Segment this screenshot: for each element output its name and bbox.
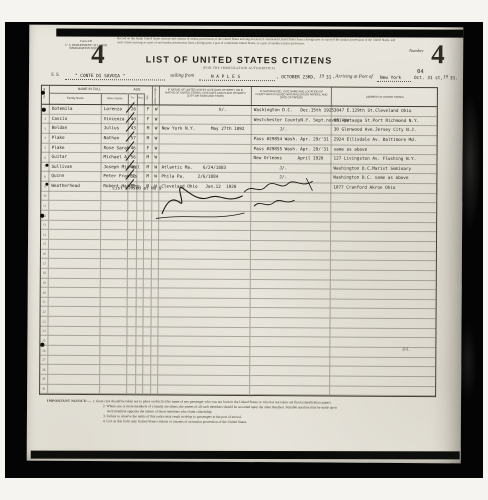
margin-dot: [42, 108, 46, 112]
marital-cell: [152, 221, 159, 230]
family-name-cell: [48, 375, 100, 384]
given-name-cell: [100, 346, 127, 355]
col-header-address: ADDRESS IN UNITED STATES: [332, 88, 438, 108]
ss-label: S. S.: [51, 73, 60, 78]
marital-cell: [152, 279, 159, 288]
arrival-year: 31.: [450, 76, 458, 81]
sex-cell: [143, 356, 151, 365]
sex-cell: [144, 192, 152, 201]
address-cell: [331, 251, 437, 260]
age-yrs-cell: [127, 317, 136, 326]
age-mos-cell: [137, 240, 144, 249]
sex-cell: [143, 317, 151, 326]
birth-cell: V/.: [160, 105, 252, 115]
given-name-cell: [100, 317, 127, 326]
sex-cell: M: [144, 154, 152, 163]
marital-cell: [151, 327, 158, 336]
sex-cell: [144, 211, 152, 220]
given-name-cell: [101, 240, 128, 249]
given-name-cell: [100, 385, 127, 394]
family-name-cell: [48, 327, 100, 336]
marital-cell: [152, 240, 159, 249]
family-name-cell: [49, 240, 101, 249]
address-cell: [331, 309, 437, 318]
marital-cell: [152, 211, 159, 220]
sex-cell: [143, 385, 151, 394]
marital-cell: [152, 260, 159, 269]
address-cell: same as above: [332, 145, 438, 155]
given-name-label: Given Name: [102, 94, 129, 105]
address-cell: Washington D.C.Marist Seminary: [331, 164, 437, 174]
age-mos-cell: [137, 260, 144, 269]
row-number: 30: [40, 384, 48, 393]
marital-cell: W: [153, 134, 160, 143]
birth-cell: [158, 318, 250, 327]
age-mos-cell: [138, 125, 145, 134]
arrival-date: Oct. 31 st,: [414, 76, 443, 81]
passenger-table: No. on list NAME IN FULL Family Name Giv…: [39, 85, 438, 398]
given-name-cell: [100, 327, 127, 336]
address-cell: [330, 367, 436, 376]
row-number: 5: [42, 143, 50, 152]
marital-cell: [152, 308, 159, 317]
sex-cell: M: [144, 163, 152, 172]
address-cell: [330, 386, 436, 395]
family-name-cell: Sullivan: [49, 163, 101, 173]
marital-cell: [152, 231, 159, 240]
col-header-no: No. on list: [42, 86, 50, 105]
year-printed-2: 19: [443, 75, 448, 80]
family-name-cell: Plake: [50, 143, 102, 153]
naturalization-cell: Westchester CountyN.Y. Sept.novem Apr: [252, 116, 332, 126]
naturalization-cell: [251, 299, 331, 308]
col-header-birth: IF NATIVE OF UNITED STATES GIVE DATE OF …: [160, 86, 252, 106]
birth-cell: [159, 308, 251, 317]
family-name-cell: [49, 298, 101, 307]
birth-cell: Phila Pa. 2/6/1884: [159, 173, 251, 183]
birth-cell: [158, 337, 250, 346]
marital-cell: W: [152, 163, 159, 172]
marital-cell: W: [153, 144, 160, 153]
row-number: 4: [42, 134, 50, 143]
row-number: 8: [41, 172, 49, 181]
family-name-cell: [49, 192, 101, 201]
age-yrs-cell: [128, 250, 137, 259]
birth-cell: [159, 221, 251, 230]
row-number: 26: [40, 346, 48, 355]
col-header-naturalized: IF NATURALIZED, GIVE NAME AND LOCATION O…: [252, 87, 332, 106]
address-header-text: ADDRESS IN UNITED STATES: [332, 96, 438, 100]
faint-pencil-mark: 04.: [402, 347, 411, 353]
given-name-cell: [101, 211, 128, 220]
age-yrs-cell: [128, 279, 137, 288]
row-number: 27: [40, 355, 48, 364]
age-mos-cell: [137, 298, 144, 307]
given-name-cell: Joseph Michael: [101, 163, 128, 173]
age-yrs-cell: [128, 269, 137, 278]
marital-cell: [151, 375, 158, 384]
margin-dot: [40, 214, 44, 218]
age-yrs-cell: 46: [129, 144, 138, 153]
family-name-cell: [49, 201, 101, 210]
marital-cell: [152, 298, 159, 307]
page-subtitle: (FOR THE IMMIGRATION AUTHORITIES): [119, 65, 359, 70]
naturalization-cell: [251, 289, 331, 298]
age-mos-cell: [138, 115, 145, 124]
family-name-cell: Beldan: [50, 124, 102, 134]
marital-cell: W: [152, 154, 159, 163]
address-cell: [331, 193, 437, 202]
sex-cell: F: [145, 105, 153, 114]
row-number: 13: [41, 220, 49, 229]
naturalization-cell: Washington D.C. Dec.15th 1925: [252, 106, 332, 116]
age-yrs-cell: 43: [129, 125, 138, 134]
naturalization-cell: [250, 366, 330, 375]
col-header-name: NAME IN FULL Family Name Given Name: [50, 86, 129, 105]
ship-name: " CONTE DI SAVOIA ": [75, 74, 125, 79]
age-yrs-cell: 52: [128, 173, 137, 182]
number-label: Number: [409, 48, 424, 53]
given-name-cell: Michael A.: [101, 153, 128, 163]
scan-smudge: [459, 322, 477, 402]
arriving-label: , Arriving at Port of: [333, 75, 373, 80]
address-cell: Washington D.C. same as above: [331, 174, 437, 184]
marital-cell: [152, 202, 159, 211]
address-cell: 1077 Cranford Akron Ohio: [331, 184, 437, 194]
sex-cell: [144, 289, 152, 298]
scanned-manifest-page: Form 630 U. S. DEPARTMENT OF LABOR IMMIG…: [0, 0, 488, 500]
naturalization-cell: J/.: [252, 125, 332, 135]
birth-cell: [159, 250, 251, 259]
given-name-cell: [101, 259, 128, 268]
family-name-cell: [49, 211, 101, 220]
family-name-cell: Weatherhead: [49, 182, 101, 192]
marital-cell: W: [153, 125, 160, 134]
given-name-cell: [100, 375, 127, 384]
row-number: 2: [42, 114, 50, 123]
age-label: AGE: [129, 86, 145, 94]
given-name-cell: Lorenza: [102, 105, 129, 115]
address-cell: [330, 357, 436, 366]
mos-label: Mos.: [138, 94, 145, 105]
age-mos-cell: [137, 163, 144, 172]
given-name-cell: [100, 356, 127, 365]
age-mos-cell: [136, 385, 143, 394]
birth-cell: [159, 298, 251, 307]
row-number: 17: [41, 259, 49, 268]
sex-label: Sex: [147, 95, 149, 99]
sex-cell: M: [144, 173, 152, 182]
family-name-cell: [48, 346, 100, 355]
given-name-cell: [101, 308, 128, 317]
row-number: 16: [41, 249, 49, 258]
naturalization-cell: [251, 212, 331, 221]
table-row: 30: [40, 384, 435, 396]
naturalization-cell: [251, 222, 331, 231]
given-name-cell: Vincenza: [102, 115, 129, 125]
naturalization-cell: [250, 328, 330, 337]
voyage-line: S. S. " CONTE DI SAVOIA " sailing from N…: [29, 71, 463, 87]
birth-cell: [159, 192, 251, 201]
birth-cell: [158, 327, 250, 336]
naturalization-cell: J/.: [251, 174, 331, 184]
age-yrs-cell: [127, 337, 136, 346]
address-cell: [330, 338, 436, 347]
address-cell: [331, 261, 437, 270]
address-cell: 127 Livingston Av. Flushing N.Y.: [331, 155, 437, 165]
marital-cell: [151, 366, 158, 375]
age-mos-cell: [136, 366, 143, 375]
naturalization-cell: J/.: [251, 164, 331, 174]
address-cell: [331, 203, 437, 212]
age-mos-cell: [137, 202, 144, 211]
yrs-label: Yrs.: [129, 94, 138, 105]
col-header-sex: Sex: [145, 86, 153, 105]
naturalization-cell: [251, 280, 331, 289]
given-name-cell: Nathan: [102, 134, 129, 144]
birth-header-text: IF NATIVE OF UNITED STATES GIVE DATE OF …: [163, 88, 248, 98]
naturalization-cell: [250, 337, 330, 346]
age-yrs-cell: [128, 308, 137, 317]
sex-cell: M: [145, 125, 153, 134]
marital-cell: [152, 269, 159, 278]
naturalization-cell: [251, 308, 331, 317]
birth-cell: Cleveland Ohio Jan.12 1920: [159, 183, 251, 193]
family-name-cell: [49, 220, 101, 229]
col-header-age: AGE Yrs. Mos.: [129, 86, 145, 105]
departure-date: , OCTOBER 23RD,: [276, 75, 316, 80]
sex-cell: [143, 346, 151, 355]
age-yrs-cell: [127, 366, 136, 375]
sex-cell: M: [145, 134, 153, 143]
age-yrs-cell: 26: [129, 105, 138, 114]
age-yrs-cell: [128, 298, 137, 307]
family-name-cell: [49, 288, 101, 297]
age-yrs-cell: 48: [128, 163, 137, 172]
sex-cell: [144, 240, 152, 249]
address-cell: 951 Watauga St.Port Richmond N.Y.: [332, 116, 438, 126]
age-yrs-cell: [127, 385, 136, 394]
sex-cell: [143, 327, 151, 336]
family-name-cell: [49, 249, 101, 258]
naturalization-cell: [251, 193, 331, 202]
family-name-cell: [49, 269, 101, 278]
birth-cell: [159, 240, 251, 249]
given-name-cell: [101, 298, 128, 307]
row-number: 24: [40, 326, 48, 335]
family-name-cell: Cascio: [50, 114, 102, 124]
row-number: 11: [41, 201, 49, 210]
marital-cell: [151, 346, 158, 355]
marital-cell: W: [153, 105, 160, 114]
naturalization-cell: [250, 318, 330, 327]
margin-dot: [45, 183, 48, 186]
age-mos-cell: [137, 173, 144, 182]
margin-dot: [41, 91, 45, 95]
age-mos-cell: [137, 250, 144, 259]
address-cell: [331, 290, 437, 299]
service-label: IMMIGRATION SERVICE: [57, 47, 115, 51]
birth-cell: Atlantic Ma. 6/24/1883: [159, 163, 251, 173]
family-name-label: Family Name: [50, 94, 102, 105]
row-number: 15: [41, 240, 49, 249]
birth-cell: [159, 269, 251, 278]
marital-cell: [152, 250, 159, 259]
row-number: 23: [40, 317, 48, 326]
age-yrs-cell: [128, 211, 137, 220]
sex-cell: [144, 221, 152, 230]
age-yrs-cell: [128, 192, 137, 201]
age-yrs-cell: [127, 375, 136, 384]
sex-cell: [144, 250, 152, 259]
family-name-cell: [48, 365, 100, 374]
sailing-from-label: sailing from: [170, 74, 194, 79]
age-mos-cell: [137, 308, 144, 317]
marital-cell: [151, 337, 158, 346]
age-mos-cell: [137, 154, 144, 163]
family-name-cell: Plake: [50, 134, 102, 144]
naturalization-cell: [251, 183, 331, 193]
manifest-document: Form 630 U. S. DEPARTMENT OF LABOR IMMIG…: [27, 25, 464, 464]
given-name-cell: [101, 269, 128, 278]
family-name-cell: [48, 384, 100, 393]
age-yrs-cell: [128, 260, 137, 269]
age-yrs-cell: [128, 231, 137, 240]
address-cell: [331, 232, 437, 241]
row-number: 21: [41, 298, 49, 307]
address-cell: [331, 270, 437, 279]
sex-cell: [144, 298, 152, 307]
marital-vertical-label: Married or single: [155, 87, 158, 105]
address-cell: [330, 319, 436, 328]
address-cell: [331, 222, 437, 231]
naturalization-cell: [250, 376, 330, 385]
birth-cell: [160, 144, 252, 154]
family-name-cell: [49, 230, 101, 239]
margin-dot: [45, 164, 48, 167]
given-name-cell: [100, 365, 127, 374]
form-number-block: Form 630 U. S. DEPARTMENT OF LABOR IMMIG…: [57, 40, 115, 51]
birth-cell: [159, 212, 251, 221]
birth-cell: [158, 375, 250, 384]
sex-cell: [144, 231, 152, 240]
age-mos-cell: [137, 269, 144, 278]
page-title: LIST OF UNITED STATES CITIZENS: [119, 54, 359, 65]
age-mos-cell: [136, 356, 143, 365]
address-cell: 30 Glenwood Ave.Jersey City N.J.: [332, 126, 438, 136]
row-number: 29: [40, 375, 48, 384]
given-name-cell: [101, 288, 128, 297]
naturalization-cell: Pass #29855 Wash. Apr. 29/'31: [252, 145, 332, 155]
age-mos-cell: [136, 317, 143, 326]
naturalized-header-text: IF NATURALIZED, GIVE NAME AND LOCATION O…: [255, 90, 328, 100]
given-name-cell: Rose Sarah: [102, 144, 129, 154]
list-closed-note: List closed at No 9: [112, 186, 161, 191]
birth-cell: [159, 279, 251, 288]
row-number: 18: [41, 269, 49, 278]
sex-cell: [144, 279, 152, 288]
naturalization-cell: [251, 241, 331, 250]
family-name-cell: Guitar: [49, 153, 101, 163]
sheet-number-right: 4: [431, 41, 445, 68]
year-printed-1: 19: [319, 74, 324, 79]
address-cell: [330, 376, 436, 385]
given-name-cell: [101, 221, 128, 230]
address-cell: [330, 348, 436, 357]
age-yrs-cell: [128, 202, 137, 211]
manifest-rows: 1DotemilaLorenza26FW V/.Washington D.C. …: [39, 105, 438, 398]
marital-cell: [151, 356, 158, 365]
given-name-cell: Peter Francis: [101, 173, 128, 183]
family-name-cell: [48, 336, 100, 345]
age-yrs-cell: 40: [129, 115, 138, 124]
family-name-cell: Dotemila: [50, 105, 102, 115]
row-number: 28: [40, 365, 48, 374]
given-name-cell: [100, 336, 127, 345]
address-cell: [331, 280, 437, 289]
given-name-cell: Julius: [102, 124, 129, 134]
given-name-cell: [101, 279, 128, 288]
address-cell: [330, 328, 436, 337]
birth-cell: [159, 231, 251, 240]
given-name-cell: [101, 202, 128, 211]
sex-cell: [143, 337, 151, 346]
address-cell: [331, 299, 437, 308]
age-mos-cell: [138, 144, 145, 153]
birth-cell: [159, 154, 251, 164]
age-yrs-cell: [128, 288, 137, 297]
naturalization-cell: [251, 202, 331, 211]
instructions-fine-print: Record on this blank United States citiz…: [117, 37, 395, 46]
age-mos-cell: [138, 134, 145, 143]
naturalization-cell: [251, 251, 331, 260]
row-number: 14: [41, 230, 49, 239]
naturalization-cell: [250, 347, 330, 356]
scanner-background: Form 630 U. S. DEPARTMENT OF LABOR IMMIG…: [5, 22, 483, 478]
sex-cell: F: [145, 115, 153, 124]
age-yrs-cell: 57: [129, 134, 138, 143]
naturalization-cell: [251, 260, 331, 269]
address-cell: [331, 241, 437, 250]
important-notice: IMPORTANT NOTICE:— 1. Great care should …: [47, 399, 445, 427]
birth-cell: New York N.Y. May 27th 1892: [160, 125, 252, 135]
sex-cell: [144, 308, 152, 317]
marital-cell: W: [152, 173, 159, 182]
naturalization-cell: [251, 270, 331, 279]
naturalization-cell: New Orleans April 1920: [251, 154, 331, 164]
departure-year: 31: [326, 75, 331, 80]
family-name-cell: Quinn: [49, 172, 101, 182]
row-number: 22: [41, 307, 49, 316]
naturalization-cell: [251, 231, 331, 240]
age-mos-cell: [138, 105, 145, 114]
sex-cell: [143, 366, 151, 375]
age-mos-cell: [136, 327, 143, 336]
address-cell: [331, 213, 437, 222]
row-number: 20: [41, 288, 49, 297]
marital-cell: W: [153, 115, 160, 124]
birth-cell: [160, 134, 252, 144]
scan-bottom-edge-band: [31, 451, 460, 460]
row-number: 6: [41, 153, 49, 162]
marital-cell: [152, 289, 159, 298]
age-mos-cell: [136, 346, 143, 355]
birth-cell: [158, 346, 250, 355]
marital-cell: [152, 192, 159, 201]
naturalization-cell: Pass #29854 Wash. Apr. 29/'31: [252, 135, 332, 145]
family-name-cell: [48, 355, 100, 364]
age-mos-cell: [137, 231, 144, 240]
